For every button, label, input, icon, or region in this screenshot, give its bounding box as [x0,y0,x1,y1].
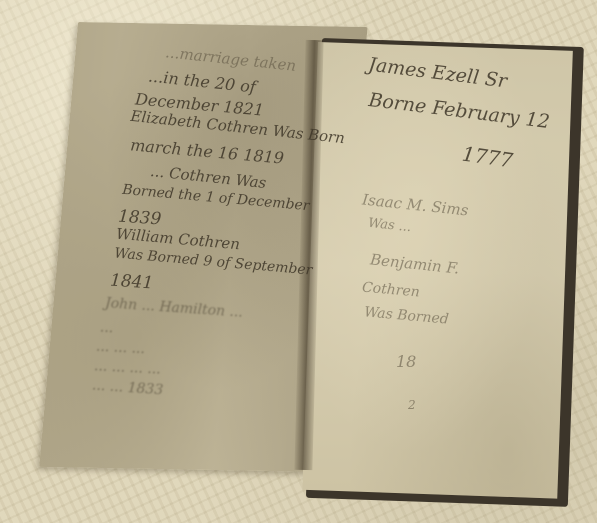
open-record-book: ...marriage taken ...in the 20 of Decemb… [0,0,597,523]
left-line-11: 1841 [109,271,154,294]
right-line-10: 2 [408,398,416,412]
left-line-14: ... ... ... [96,339,146,358]
left-line-13: ... [99,320,113,337]
right-line-9: 18 [396,352,416,371]
left-line-15: ... ... ... ... [94,358,162,377]
